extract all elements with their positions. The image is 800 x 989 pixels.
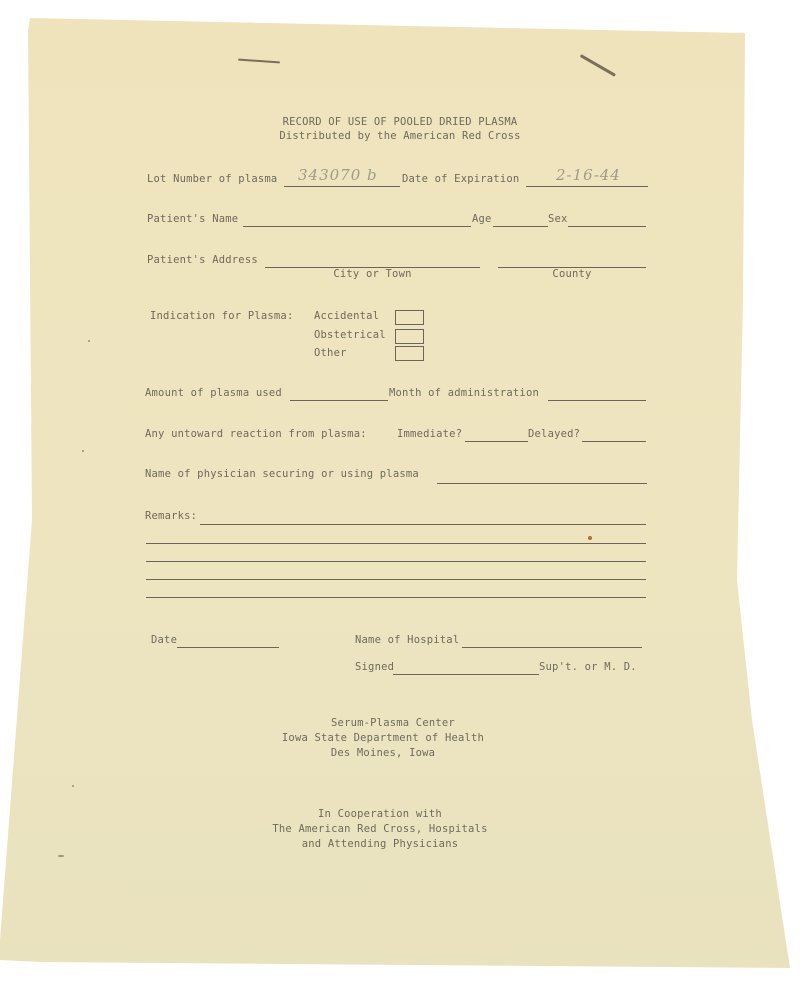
expiration-value[interactable]: 2-16-44 xyxy=(556,166,621,184)
age-field-line[interactable] xyxy=(493,226,548,227)
sex-label: Sex xyxy=(548,213,568,225)
lot-number-value[interactable]: 343070 b xyxy=(298,166,378,184)
date-field-line[interactable] xyxy=(177,647,279,648)
delayed-field-line[interactable] xyxy=(582,441,646,442)
paper-speck xyxy=(82,450,84,452)
lot-number-label: Lot Number of plasma xyxy=(147,173,277,185)
age-label: Age xyxy=(472,213,492,225)
remarks-line-4[interactable] xyxy=(146,579,646,580)
remarks-line-3[interactable] xyxy=(146,561,646,562)
cooperation-line-1: In Cooperation with xyxy=(220,808,540,820)
reaction-label: Any untoward reaction from plasma: xyxy=(145,428,367,440)
city-caption: City or Town xyxy=(265,268,480,280)
patient-name-label: Patient's Name xyxy=(147,213,238,225)
form-title: RECORD OF USE OF POOLED DRIED PLASMA xyxy=(200,116,600,128)
cooperation-line-3: and Attending Physicians xyxy=(220,838,540,850)
date-label: Date xyxy=(151,634,177,646)
issuer-line-2: Iowa State Department of Health xyxy=(223,732,543,744)
paper-speck xyxy=(58,855,64,857)
county-caption: County xyxy=(498,268,646,280)
cooperation-line-2: The American Red Cross, Hospitals xyxy=(220,823,540,835)
delayed-label: Delayed? xyxy=(528,428,580,440)
form-subtitle: Distributed by the American Red Cross xyxy=(200,130,600,142)
patient-name-field-line[interactable] xyxy=(243,226,471,227)
remarks-line-5[interactable] xyxy=(146,597,646,598)
issuer-line-3: Des Moines, Iowa xyxy=(223,747,543,759)
hospital-field-line[interactable] xyxy=(462,647,642,648)
accidental-checkbox[interactable] xyxy=(395,310,424,325)
paper-speck xyxy=(588,536,592,540)
amount-used-label: Amount of plasma used xyxy=(145,387,282,399)
immediate-field-line[interactable] xyxy=(465,441,528,442)
month-admin-field-line[interactable] xyxy=(548,400,646,401)
issuer-line-1: Serum-Plasma Center xyxy=(233,717,553,729)
hospital-label: Name of Hospital xyxy=(355,634,459,646)
option-obstetrical-label: Obstetrical xyxy=(314,329,386,341)
patient-address-label: Patient's Address xyxy=(147,254,258,266)
signed-suffix: Sup't. or M. D. xyxy=(539,661,637,673)
month-admin-label: Month of administration xyxy=(389,387,539,399)
paper-speck xyxy=(72,785,74,787)
remarks-line-2[interactable] xyxy=(146,543,646,544)
amount-used-field-line[interactable] xyxy=(290,400,388,401)
expiration-field-line[interactable] xyxy=(526,186,648,187)
signed-label: Signed xyxy=(355,661,394,673)
immediate-label: Immediate? xyxy=(397,428,462,440)
indication-label: Indication for Plasma: xyxy=(150,310,293,322)
remarks-line-1[interactable] xyxy=(200,524,646,525)
option-accidental-label: Accidental xyxy=(314,310,379,322)
lot-number-field-line[interactable] xyxy=(284,186,400,187)
paper-speck xyxy=(88,340,90,342)
remarks-label: Remarks: xyxy=(145,510,197,522)
physician-field-line[interactable] xyxy=(437,483,647,484)
signed-field-line[interactable] xyxy=(393,674,539,675)
expiration-label: Date of Expiration xyxy=(402,173,519,185)
other-checkbox[interactable] xyxy=(395,346,424,361)
physician-label: Name of physician securing or using plas… xyxy=(145,468,419,480)
option-other-label: Other xyxy=(314,347,347,359)
sex-field-line[interactable] xyxy=(568,226,646,227)
obstetrical-checkbox[interactable] xyxy=(395,329,424,344)
